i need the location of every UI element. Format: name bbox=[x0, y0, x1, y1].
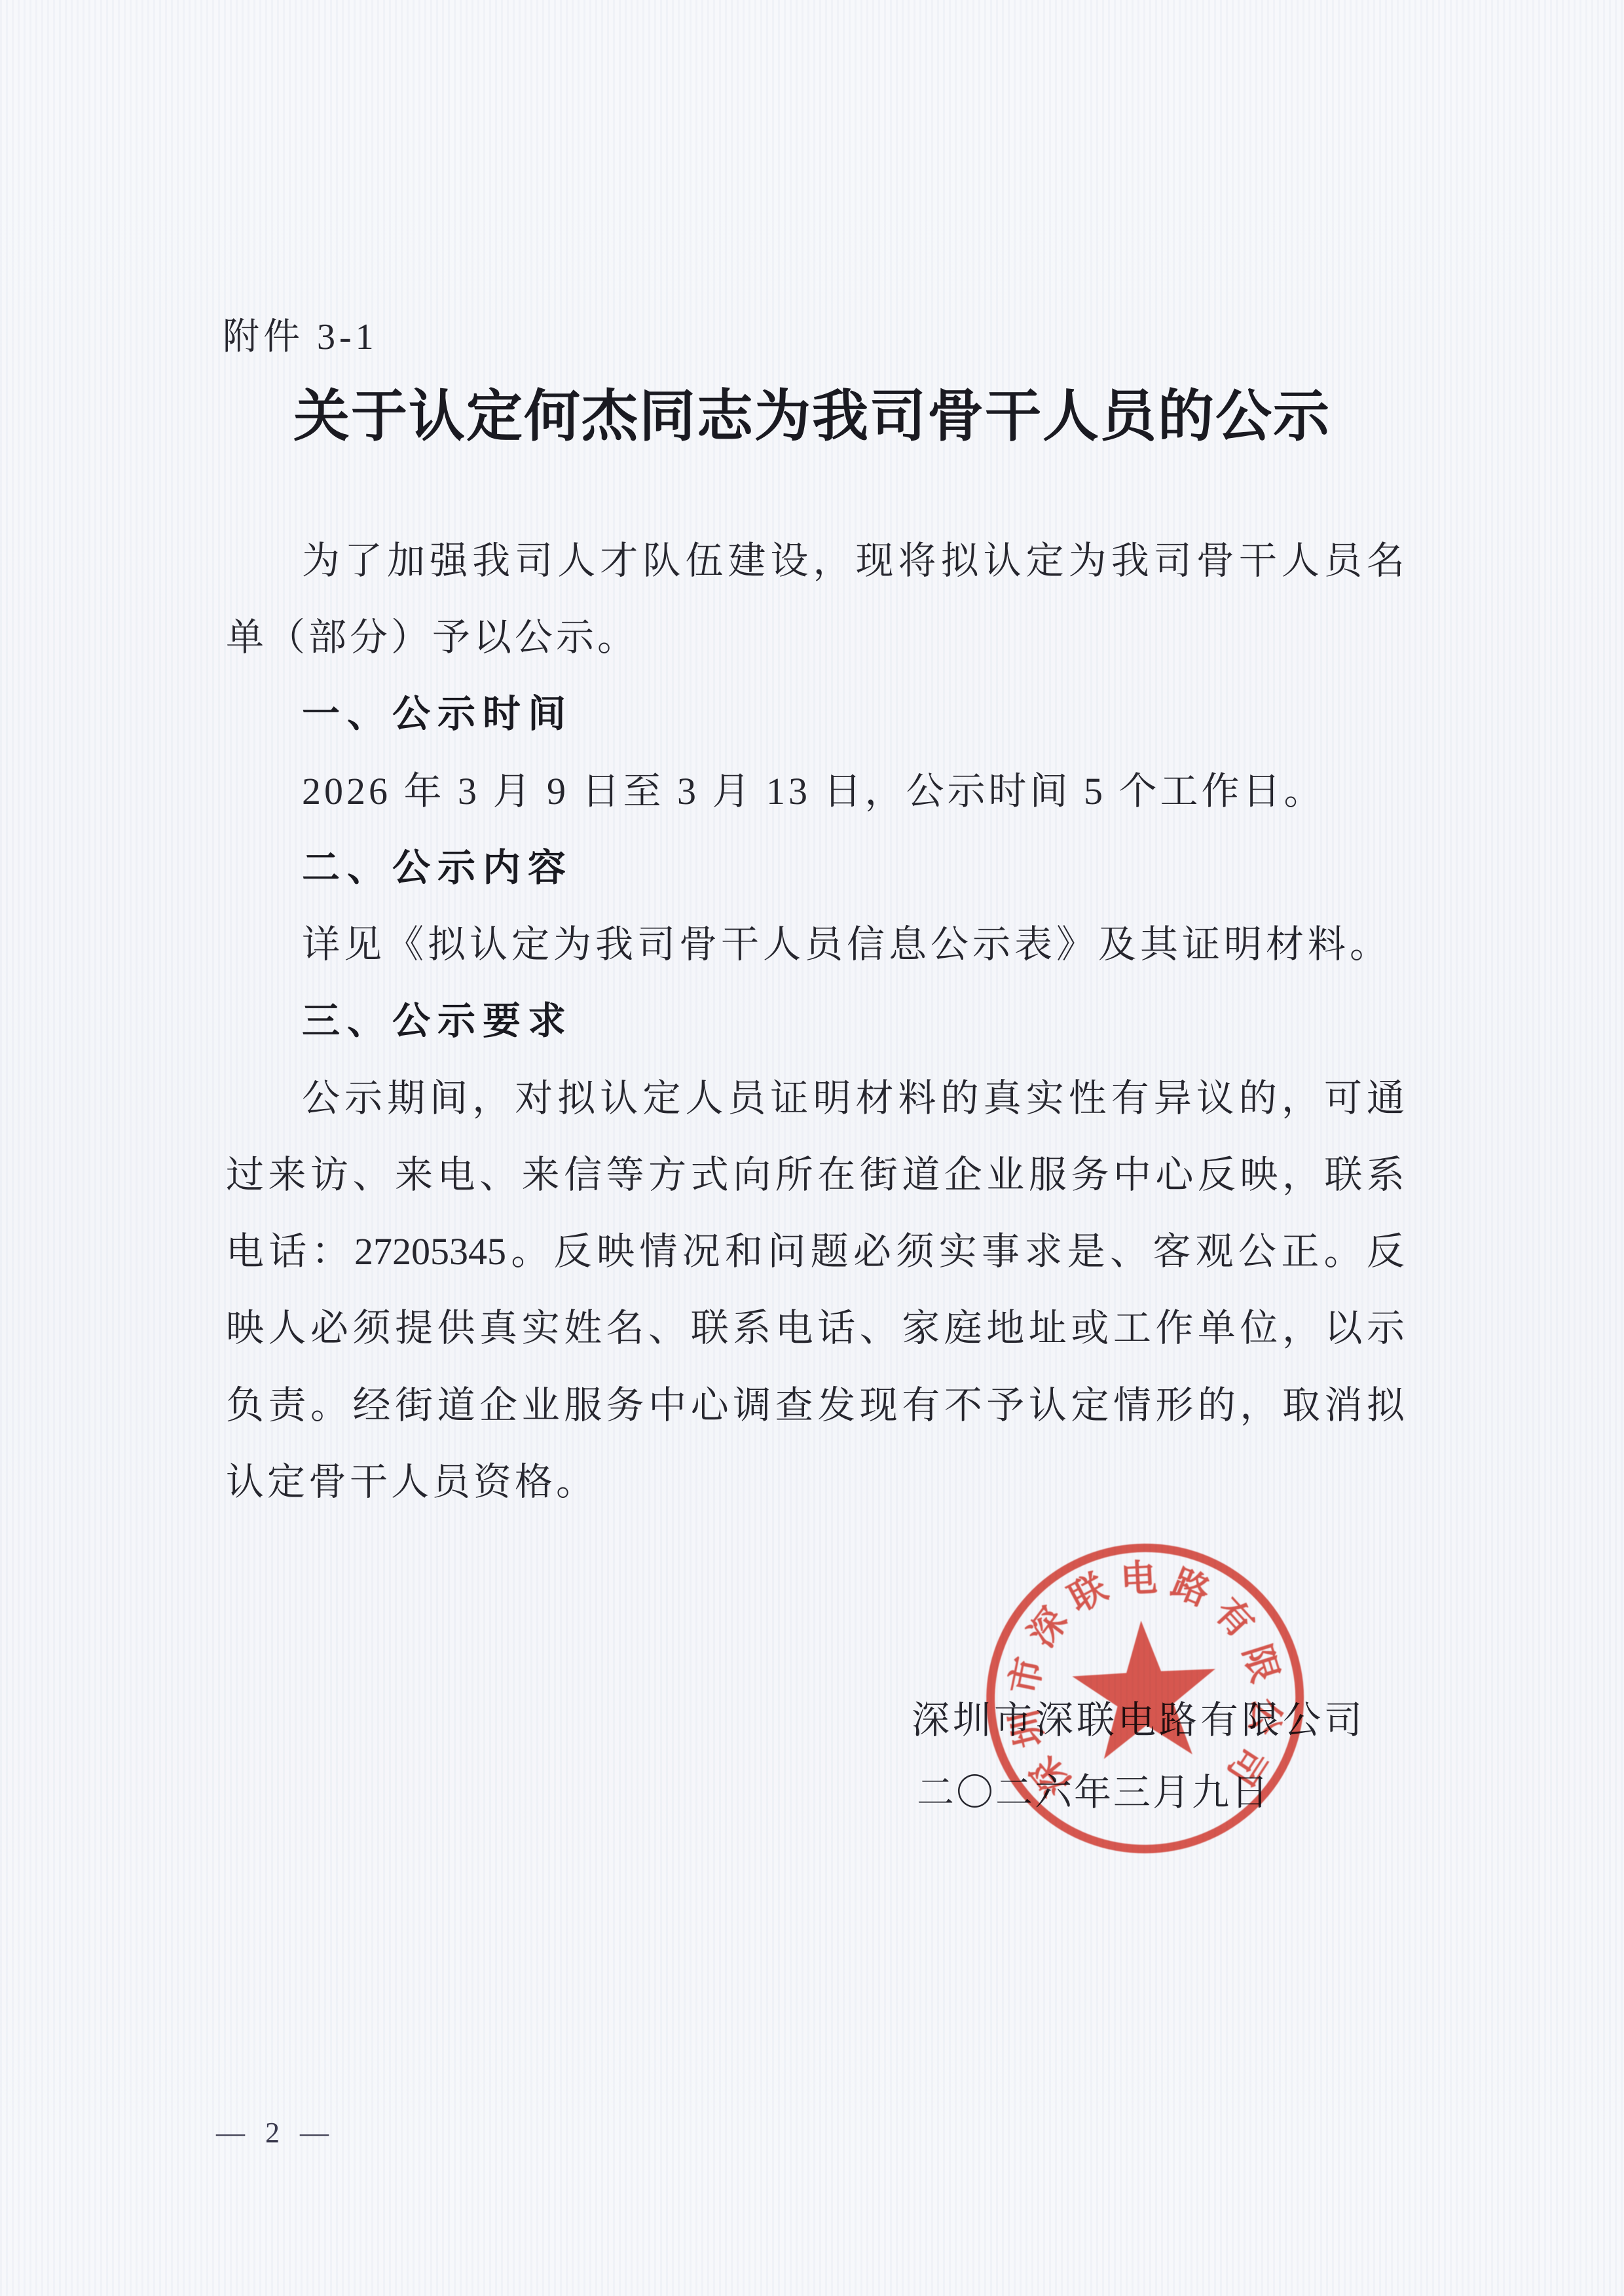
seal-ring-char: 限 bbox=[1235, 1640, 1285, 1687]
seal-ring-char: 圳 bbox=[1004, 1706, 1052, 1751]
document-title: 关于认定何杰同志为我司骨干人员的公示 bbox=[0, 371, 1624, 452]
body-line: 2026 年 3 月 9 日至 3 月 13 日，公示时间 5 个工作日。 bbox=[226, 766, 1405, 817]
attachment-label: 附件 3-1 bbox=[223, 308, 378, 360]
body-line: 公示期间，对拟认定人员证明材料的真实性有异议的，可通 bbox=[226, 1073, 1405, 1124]
seal-star-icon bbox=[1069, 1617, 1219, 1760]
body-line: 认定骨干人员资格。 bbox=[226, 1457, 1405, 1508]
company-seal-stamp: 深圳市深联电路有限公司 bbox=[977, 1530, 1321, 1874]
body-line: 映人必须提供真实姓名、联系电话、家庭地址或工作单位，以示 bbox=[226, 1303, 1405, 1354]
section-heading-3: 三、公示要求 bbox=[302, 996, 573, 1047]
body-line: 为了加强我司人才队伍建设，现将拟认定为我司骨干人员名 bbox=[226, 536, 1405, 587]
seal-ring-char: 深 bbox=[1021, 1601, 1075, 1655]
section-heading-1: 一、公示时间 bbox=[302, 689, 573, 740]
seal-ring-char: 有 bbox=[1206, 1591, 1261, 1645]
seal-ring-char: 深 bbox=[1024, 1749, 1079, 1803]
seal-ring-char: 联 bbox=[1063, 1567, 1115, 1620]
section-heading-2: 二、公示内容 bbox=[302, 843, 573, 894]
body-line: 负责。经街道企业服务中心调查发现有不予认定情形的，取消拟 bbox=[226, 1380, 1405, 1431]
body-line: 单（部分）予以公示。 bbox=[226, 612, 1405, 663]
seal-ring-char: 路 bbox=[1166, 1563, 1215, 1614]
body-line: 过来访、来电、来信等方式向所在街道企业服务中心反映，联系 bbox=[226, 1150, 1405, 1201]
seal-ring-char: 司 bbox=[1219, 1739, 1273, 1792]
body-line: 电话：27205345。反映情况和问题必须实事求是、客观公正。反 bbox=[226, 1226, 1405, 1277]
body-line: 详见《拟认定为我司骨干人员信息公示表》及其证明材料。 bbox=[226, 919, 1405, 970]
seal-ring-char: 电 bbox=[1120, 1558, 1158, 1601]
seal-ring-char: 公 bbox=[1242, 1695, 1287, 1737]
company-seal-graphic: 深圳市深联电路有限公司 bbox=[977, 1530, 1321, 1874]
scanned-announcement-page: { "colors": { "paper": "#f7f8fb", "ink":… bbox=[0, 0, 1624, 2296]
page-number: — 2 — bbox=[216, 2116, 335, 2149]
seal-ring-char: 市 bbox=[1004, 1654, 1051, 1698]
